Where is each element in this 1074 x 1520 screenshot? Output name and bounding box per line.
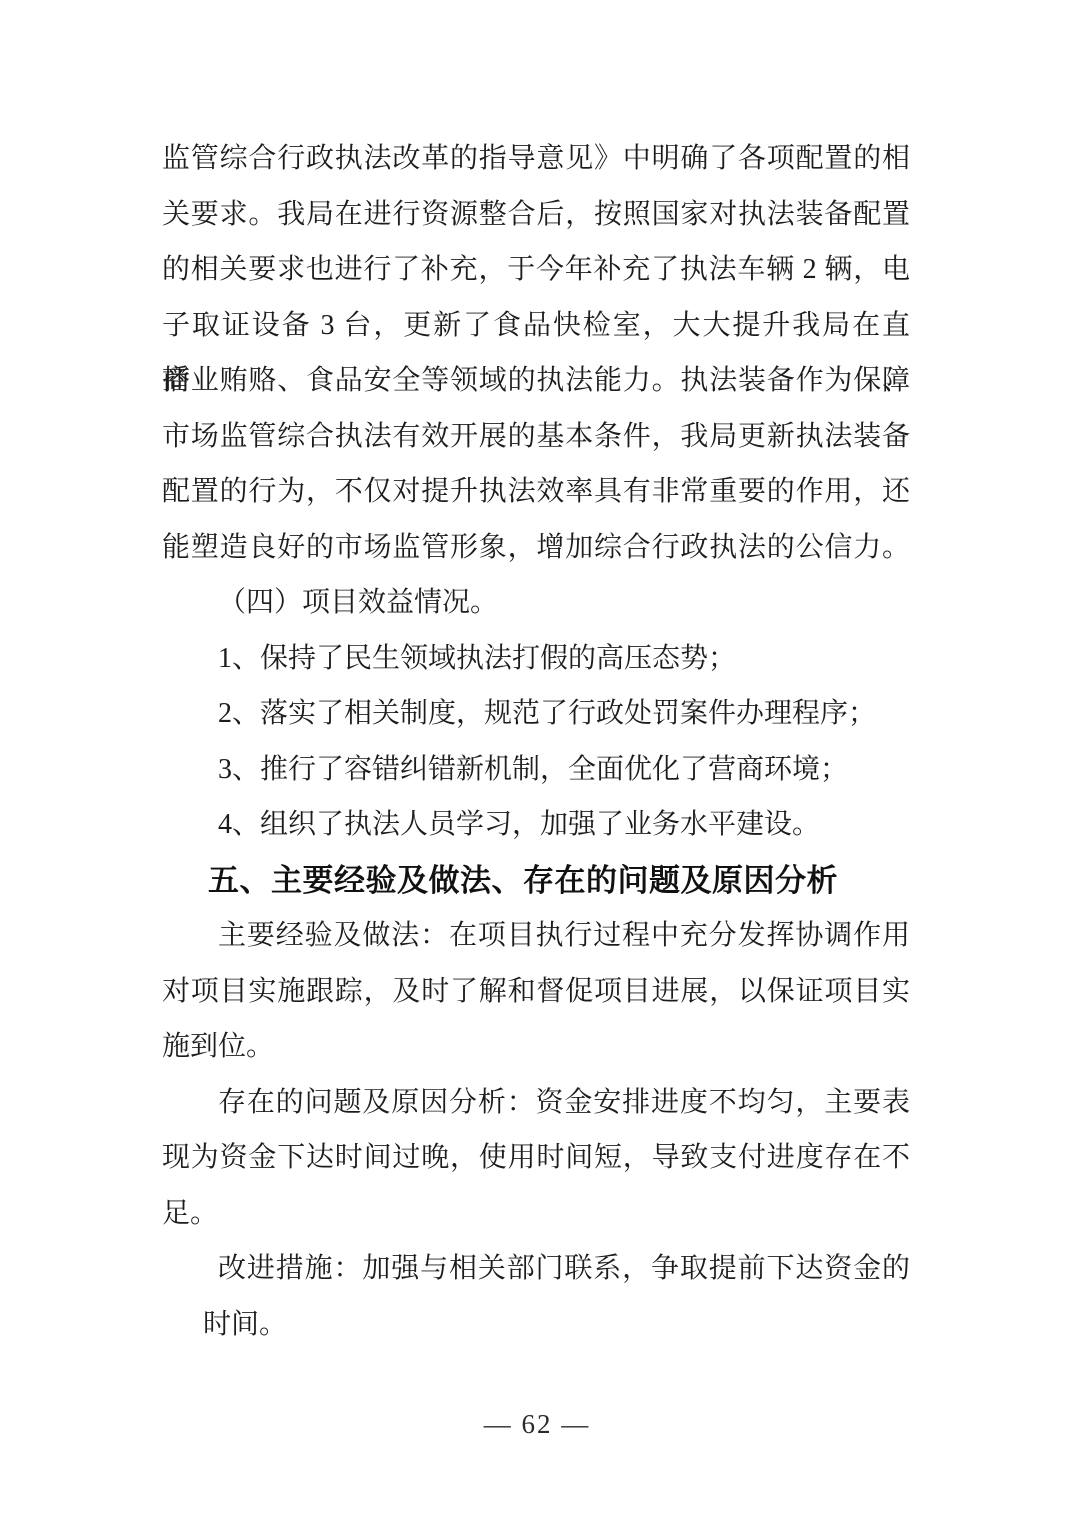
paragraph-line: 监管综合行政执法改革的指导意见》中明确了各项配置的相 [162, 131, 910, 187]
list-item: 4、组织了执法人员学习，加强了业务水平建设。 [162, 797, 910, 853]
paragraph-line: 主要经验及做法：在项目执行过程中充分发挥协调作用 [162, 908, 910, 964]
section-heading: 五、主要经验及做法、存在的问题及原因分析 [162, 853, 910, 909]
paragraph-line: 时间。 [162, 1297, 910, 1353]
list-item: 1、保持了民生领域执法打假的高压态势； [162, 631, 910, 687]
subsection-heading: （四）项目效益情况。 [162, 575, 910, 631]
paragraph-line: 改进措施：加强与相关部门联系，争取提前下达资金的 [162, 1241, 910, 1297]
document-page: 监管综合行政执法改革的指导意见》中明确了各项配置的相 关要求。我局在进行资源整合… [0, 0, 1074, 1520]
paragraph-line: 施到位。 [162, 1019, 910, 1075]
paragraph-line: 关要求。我局在进行资源整合后，按照国家对执法装备配置 [162, 187, 910, 243]
list-item: 3、推行了容错纠错新机制，全面优化了营商环境； [162, 742, 910, 798]
paragraph-line: 足。 [162, 1186, 910, 1242]
list-item: 2、落实了相关制度，规范了行政处罚案件办理程序； [162, 686, 910, 742]
paragraph-line: 市场监管综合执法有效开展的基本条件，我局更新执法装备 [162, 409, 910, 465]
paragraph-line: 对项目实施跟踪，及时了解和督促项目进展，以保证项目实 [162, 964, 910, 1020]
document-body: 监管综合行政执法改革的指导意见》中明确了各项配置的相 关要求。我局在进行资源整合… [162, 131, 910, 1352]
paragraph-line: 现为资金下达时间过晚，使用时间短，导致支付进度存在不 [162, 1130, 910, 1186]
paragraph-line: 子取证设备 3 台，更新了食品快检室，大大提升我局在直播、 [162, 298, 910, 354]
paragraph-line: 能塑造良好的市场监管形象，增加综合行政执法的公信力。 [162, 520, 910, 576]
paragraph-line: 存在的问题及原因分析：资金安排进度不均匀，主要表 [162, 1075, 910, 1131]
paragraph-line: 的相关要求也进行了补充，于今年补充了执法车辆 2 辆，电 [162, 242, 910, 298]
paragraph-line: 配置的行为，不仅对提升执法效率具有非常重要的作用，还 [162, 464, 910, 520]
paragraph-line: 商业贿赂、食品安全等领域的执法能力。执法装备作为保障 [162, 353, 910, 409]
page-number: — 62 — [0, 1409, 1074, 1439]
